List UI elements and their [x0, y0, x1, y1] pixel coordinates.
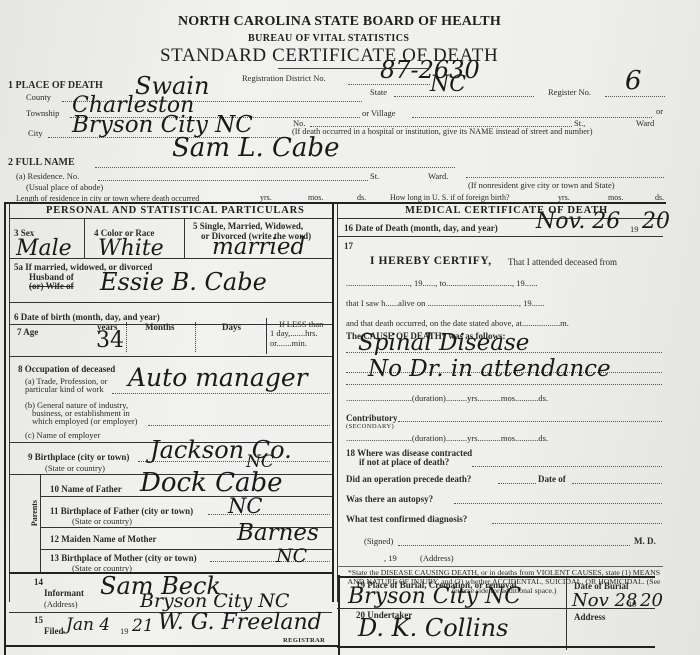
registrar-signature: W. G. Freeland: [158, 610, 322, 635]
mos-label: mos.: [308, 193, 323, 202]
less-than-min: or.......min.: [270, 338, 307, 348]
duration-line-2: ...............................(duration…: [346, 433, 548, 443]
less-than-hrs: 1 day,.......hrs.: [270, 328, 318, 338]
trade-label-2: particular kind of work: [25, 384, 104, 394]
age-label: 7 Age: [17, 327, 38, 337]
register-no-value: 6: [625, 66, 642, 96]
dob-label: 6 Date of birth (month, day, and year): [14, 312, 160, 322]
age-days-label: Days: [222, 322, 241, 332]
informant-address-label: (Address): [44, 599, 78, 609]
residence-sub: (Usual place of abode): [26, 182, 103, 192]
saw-alive-line: that I saw h......alive on .............…: [346, 298, 544, 308]
filed-year-prefix: 19: [120, 626, 129, 636]
item-17-number: 17: [344, 241, 353, 251]
cause-line-2: No Dr. in attendance: [368, 356, 611, 382]
mother-birthplace-value: NC: [276, 545, 307, 567]
informant-label: Informant: [44, 588, 84, 598]
mother-label: 12 Maiden Name of Mother: [50, 534, 156, 544]
foreign-mos-label: mos.: [608, 193, 623, 202]
employer-label: (c) Name of employer: [25, 430, 100, 440]
yrs-label: yrs.: [260, 193, 272, 202]
township-label: Township: [26, 108, 59, 118]
ward-label: Ward: [636, 118, 654, 128]
personal-section-title: PERSONAL AND STATISTICAL PARTICULARS: [46, 205, 305, 216]
bureau-heading: BUREAU OF VITAL STATISTICS: [248, 33, 409, 44]
duration-line-1: ...............................(duration…: [346, 393, 548, 403]
burial-place-value: Bryson City NC: [348, 584, 521, 609]
residence-st-label: St.: [370, 171, 379, 181]
county-label: County: [26, 92, 51, 102]
foreign-birth-label: How long in U. S. if of foreign birth?: [390, 193, 510, 202]
nonresident-note: (If nonresident give city or town and St…: [468, 180, 615, 190]
registration-district-label: Registration District No.: [242, 73, 326, 83]
filed-date-value: Jan 4: [66, 615, 110, 635]
register-no-label: Register No.: [548, 87, 591, 97]
autopsy-label: Was there an autopsy?: [346, 494, 433, 504]
date-of-death-value: Nov. 26: [536, 209, 620, 234]
residence-ward-label: Ward.: [428, 171, 448, 181]
residence-label: (a) Residence. No.: [16, 171, 79, 181]
operation-date-label: Date of: [538, 474, 566, 484]
father-label: 10 Name of Father: [50, 484, 122, 494]
undertaker-value: D. K. Collins: [358, 614, 508, 642]
foreign-ds-label: ds.: [655, 193, 664, 202]
place-of-death-label: 1 PLACE OF DEATH: [8, 80, 103, 91]
occupation-label: 8 Occupation of deceased: [18, 364, 115, 374]
spouse-label-3: (or) Wife of: [29, 281, 74, 291]
death-certificate: NORTH CAROLINA STATE BOARD OF HEALTH BUR…: [0, 0, 700, 655]
occupation-value: Auto manager: [128, 363, 308, 392]
attended-from-line: .............................., 19......…: [346, 278, 538, 288]
city-label: City: [28, 128, 43, 138]
certify-lead: I HEREBY CERTIFY,: [370, 255, 492, 267]
industry-label-3: which employed (or employer): [32, 416, 138, 426]
foreign-yrs-label: yrs.: [558, 193, 570, 202]
father-birthplace-label: 11 Birthplace of Father (city or town): [50, 506, 193, 516]
mother-value: Barnes: [237, 520, 319, 546]
contracted-label-2: if not at place of death?: [359, 457, 449, 467]
date-of-death-label: 16 Date of Death (month, day, and year): [344, 223, 498, 233]
mother-birthplace-label: 13 Birthplace of Mother (city or town): [50, 553, 197, 563]
filed-label: Filed: [44, 626, 64, 636]
registrar-label: REGISTRAR: [283, 637, 325, 644]
informant-address-value: Bryson City NC: [140, 590, 289, 612]
age-months-label: Months: [145, 322, 175, 332]
age-value: 34: [96, 328, 124, 353]
full-name-value: Sam L. Cabe: [172, 133, 339, 163]
certify-text: That I attended deceased from: [508, 257, 617, 267]
state-label: State: [370, 87, 387, 97]
father-birthplace-sub: (State or country): [72, 516, 132, 526]
undertaker-address-label: Address: [574, 612, 605, 622]
signed-label: (Signed): [364, 536, 393, 546]
filed-number: 15: [34, 615, 43, 625]
operation-label: Did an operation precede death?: [346, 474, 471, 484]
birthplace-label: 9 Birthplace (city or town): [28, 452, 129, 462]
signed-address-label: (Address): [420, 553, 454, 563]
ds-label: ds.: [357, 193, 366, 202]
full-name-label: 2 FULL NAME: [8, 157, 75, 168]
date-of-death-year: 20: [642, 209, 670, 234]
informant-number: 14: [34, 577, 43, 587]
spouse-value: Essie B. Cabe: [100, 268, 267, 296]
parents-label: Parents: [30, 500, 39, 526]
diagnosis-test-label: What test confirmed diagnosis?: [346, 514, 467, 524]
signed-year-label: , 19: [384, 553, 397, 563]
state-value: NC: [430, 72, 466, 97]
birthplace-sub: (State or country): [45, 463, 105, 473]
secondary-label: (SECONDARY): [346, 423, 394, 430]
filed-year-value: 21: [132, 616, 154, 636]
father-birthplace-value: NC: [228, 494, 262, 518]
marital-value: married: [212, 234, 305, 260]
md-label: M. D.: [634, 536, 656, 546]
or-label: or: [656, 106, 663, 116]
contributory-label: Contributory: [346, 413, 398, 423]
agency-heading: NORTH CAROLINA STATE BOARD OF HEALTH: [178, 14, 501, 30]
cause-line-1: Spinal Disease: [358, 330, 529, 356]
death-occurred-line: and that death occurred, on the date sta…: [346, 318, 569, 328]
date-of-death-year-prefix: 19: [630, 224, 639, 234]
marital-label-1: 5 Single, Married, Widowed,: [193, 221, 303, 231]
village-label: or Village: [362, 108, 396, 118]
